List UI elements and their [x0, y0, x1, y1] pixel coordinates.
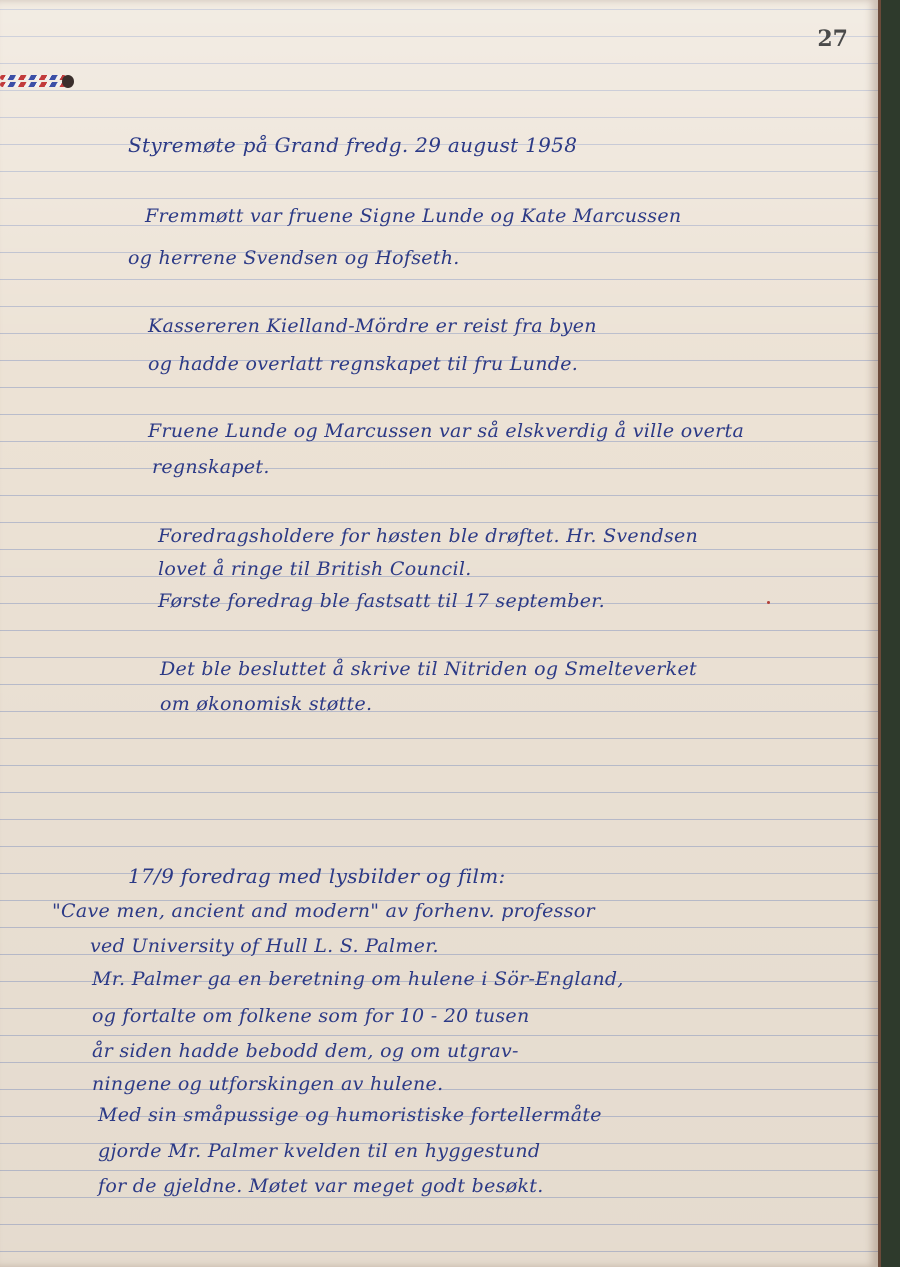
accounts-line-2: regnskapet.	[152, 456, 270, 478]
lecture-line: ningene og utforskingen av hulene.	[92, 1073, 443, 1095]
ink-mark	[767, 601, 770, 604]
lecture-line: år siden hadde bebodd dem, og om utgrav-	[92, 1040, 519, 1062]
punch-hole	[62, 75, 74, 88]
attendance-line-1: Fremmøtt var fruene Signe Lunde og Kate …	[145, 205, 681, 227]
lecture-line: ved University of Hull L. S. Palmer.	[90, 935, 439, 957]
meeting-heading: Styremøte på Grand fredg. 29 august 1958	[128, 133, 577, 157]
lecture-line: "Cave men, ancient and modern" av forhen…	[52, 900, 595, 922]
attendance-line-2: og herrene Svendsen og Hofseth.	[128, 247, 460, 269]
string-binding	[0, 71, 74, 93]
funding-line-1: Det ble besluttet å skrive til Nitriden …	[160, 658, 697, 680]
binding-cord	[0, 82, 66, 87]
speakers-line-3: Første foredrag ble fastsatt til 17 sept…	[158, 590, 605, 612]
treasurer-line-2: og hadde overlatt regnskapet til fru Lun…	[148, 353, 578, 375]
lecture-line: og fortalte om folkene som for 10 - 20 t…	[92, 1005, 530, 1027]
lecture-line: for de gjeldne. Møtet var meget godt bes…	[98, 1175, 544, 1197]
lecture-heading: 17/9 foredrag med lysbilder og film:	[128, 864, 506, 888]
speakers-line-1: Foredragsholdere for høsten ble drøftet.…	[158, 525, 698, 547]
lecture-line: Med sin småpussige og humoristiske forte…	[98, 1104, 602, 1126]
speakers-line-2: lovet å ringe til British Council.	[158, 558, 472, 580]
lecture-line: Mr. Palmer ga en beretning om hulene i S…	[92, 968, 624, 990]
ledger-page: 27 Styremøte på Grand fredg. 29 august 1…	[0, 0, 881, 1267]
accounts-line-1: Fruene Lunde og Marcussen var så elskver…	[148, 420, 744, 442]
funding-line-2: om økonomisk støtte.	[160, 693, 372, 715]
treasurer-line-1: Kassereren Kielland-Mördre er reist fra …	[148, 315, 597, 337]
binding-cord	[0, 75, 66, 80]
lecture-line: gjorde Mr. Palmer kvelden til en hyggest…	[98, 1140, 540, 1162]
page-number: 27	[817, 26, 848, 52]
